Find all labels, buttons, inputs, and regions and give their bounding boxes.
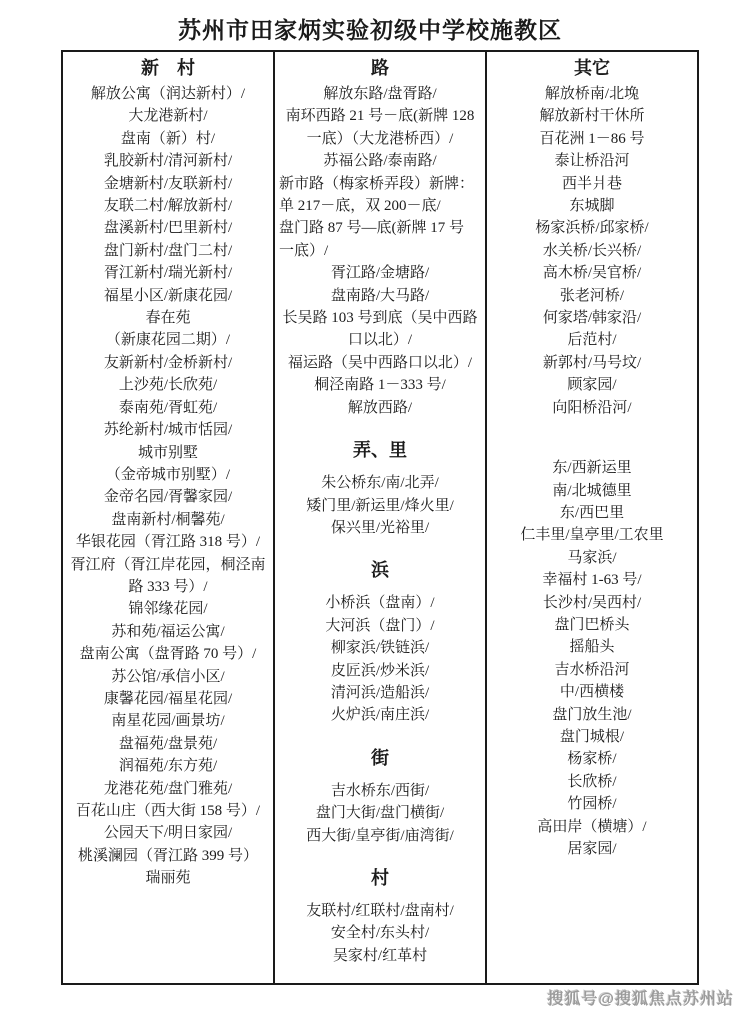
district-entry: 解放新村干休所: [491, 105, 693, 127]
district-entry: 火炉浜/南庄浜/: [279, 704, 481, 726]
district-entry: 苏公馆/承信小区/: [67, 666, 269, 688]
district-entry: 南/北城德里: [491, 480, 693, 502]
district-entry: 公园天下/明日家园/: [67, 822, 269, 844]
district-entry: 长欣桥/: [491, 771, 693, 793]
district-entry: 盘福苑/盘景苑/: [67, 733, 269, 755]
district-entry: 友新新村/金桥新村/: [67, 352, 269, 374]
column-header: 新 村: [67, 55, 269, 82]
page-title: 苏州市田家炳实验初级中学校施教区: [0, 12, 740, 45]
district-entry: 安全村/东头村/: [279, 922, 481, 944]
district-entry: 矮门里/新运里/烽火里/: [279, 495, 481, 517]
district-entry: 柳家浜/铁链浜/: [279, 637, 481, 659]
district-entry: 后范村/: [491, 329, 693, 351]
district-entry: 润福苑/东方苑/: [67, 755, 269, 777]
district-entry: 百花洲 1－86 号: [491, 128, 693, 150]
district-entry: 何家塔/韩家沿/: [491, 307, 693, 329]
district-entry: 金帝名园/胥馨家园/: [67, 486, 269, 508]
section-heading: 街: [279, 746, 481, 770]
section-gap: [491, 419, 693, 457]
table-column-1: 新 村解放公寓（润达新村）/大龙港新村/盘南（新）村/乳胶新村/清河新村/金塘新…: [63, 52, 275, 983]
district-entry: 高田岸（横塘）/: [491, 816, 693, 838]
district-entry: 摇船头: [491, 636, 693, 658]
section-heading: 村: [279, 866, 481, 890]
district-entry: 胥江新村/瑞光新村/: [67, 262, 269, 284]
district-entry: 马家浜/: [491, 547, 693, 569]
district-entry: 吉水桥东/西街/: [279, 780, 481, 802]
district-entry: 胥江路/金塘路/: [279, 262, 481, 284]
district-entry: 华银花园（胥江路 318 号）/: [67, 531, 269, 553]
district-entry: 竹园桥/: [491, 793, 693, 815]
district-entry: 福星小区/新康花园/: [67, 285, 269, 307]
district-entry: 小桥浜（盘南）/: [279, 592, 481, 614]
district-entry: 锦邻缘花园/: [67, 598, 269, 620]
district-entry: 仁丰里/皇亭里/工农里: [491, 524, 693, 546]
district-entry: 大河浜（盘门）/: [279, 615, 481, 637]
column-header: 其它: [491, 55, 693, 82]
district-entry: 福运路（吴中西路口以北）/: [279, 352, 481, 374]
district-entry: 盘南路/大马路/: [279, 285, 481, 307]
district-entry: 桐泾南路 1－333 号/: [279, 374, 481, 396]
district-entry: 盘门大街/盘门横街/: [279, 802, 481, 824]
district-entry: 解放西路/: [279, 397, 481, 419]
district-entry: 龙港花苑/盘门雅苑/: [67, 778, 269, 800]
district-entry: 盘门放生池/: [491, 704, 693, 726]
district-entry: 吴家村/红革村: [279, 945, 481, 967]
district-entry: 皮匠浜/炒米浜/: [279, 660, 481, 682]
district-entry: 西半爿巷: [491, 173, 693, 195]
district-entry: 友联村/红联村/盘南村/: [279, 900, 481, 922]
district-entry: 上沙苑/长欣苑/: [67, 374, 269, 396]
district-entry: 乳胶新村/清河新村/: [67, 150, 269, 172]
table-column-3: 其它解放桥南/北堍解放新村干休所百花洲 1－86 号泰让桥沿河西半爿巷东城脚杨家…: [487, 52, 697, 983]
district-entry: 东/西巴里: [491, 502, 693, 524]
column-header: 路: [279, 55, 481, 82]
section-heading: 浜: [279, 558, 481, 582]
district-table: 新 村解放公寓（润达新村）/大龙港新村/盘南（新）村/乳胶新村/清河新村/金塘新…: [61, 50, 699, 985]
district-entry: 南星花园/画景坊/: [67, 710, 269, 732]
district-entry: 苏福公路/泰南路/: [279, 150, 481, 172]
district-entry: 大龙港新村/: [67, 105, 269, 127]
district-entry: 盘门城根/: [491, 726, 693, 748]
district-entry: 康馨花园/福星花园/: [67, 688, 269, 710]
section-heading: 弄、里: [279, 438, 481, 462]
district-entry: 吉水桥沿河: [491, 659, 693, 681]
district-entry: 城市别墅 （金帝城市别墅）/: [67, 442, 269, 487]
district-entry: 西大街/皇亭街/庙湾街/: [279, 825, 481, 847]
district-entry: 盘南（新）村/: [67, 128, 269, 150]
district-entry: 苏纶新村/城市恬园/: [67, 419, 269, 441]
district-entry: 瑞丽苑: [67, 867, 269, 889]
district-entry: 南环西路 21 号－底(新牌 128 一底）（大龙港桥西）/: [279, 105, 481, 150]
district-entry: 保兴里/光裕里/: [279, 517, 481, 539]
district-entry: 盘南公寓（盘胥路 70 号）/: [67, 643, 269, 665]
district-entry: 盘门巴桥头: [491, 614, 693, 636]
district-entry: 苏和苑/福运公寓/: [67, 621, 269, 643]
district-entry: 中/西横楼: [491, 681, 693, 703]
district-entry: 向阳桥沿河/: [491, 397, 693, 419]
district-entry: 解放东路/盘胥路/: [279, 83, 481, 105]
district-entry: 高木桥/吴官桥/: [491, 262, 693, 284]
district-entry: 泰让桥沿河: [491, 150, 693, 172]
district-entry: 盘门新村/盘门二村/: [67, 240, 269, 262]
district-entry: 新郭村/马号坟/: [491, 352, 693, 374]
district-entry: 解放桥南/北堍: [491, 83, 693, 105]
district-entry: 桃溪澜园（胥江路 399 号）: [67, 845, 269, 867]
district-entry: 清河浜/造船浜/: [279, 682, 481, 704]
district-entry: 盘南新村/桐馨苑/: [67, 509, 269, 531]
district-entry: 杨家浜桥/邱家桥/: [491, 217, 693, 239]
district-entry: 友联二村/解放新村/: [67, 195, 269, 217]
district-entry: 东/西新运里: [491, 457, 693, 479]
district-entry: 幸福村 1-63 号/: [491, 569, 693, 591]
district-entry: 盘溪新村/巴里新村/: [67, 217, 269, 239]
district-entry: 顾家园/: [491, 374, 693, 396]
district-entry: 杨家桥/: [491, 748, 693, 770]
district-entry: 长沙村/吴西村/: [491, 592, 693, 614]
district-entry: 东城脚: [491, 195, 693, 217]
watermark: 搜狐号@搜狐焦点苏州站: [547, 986, 734, 1009]
district-entry: 金塘新村/友联新村/: [67, 173, 269, 195]
district-entry: 盘门路 87 号—底(新牌 17 号 一底）/: [279, 217, 481, 262]
district-entry: 居家园/: [491, 838, 693, 860]
table-column-2: 路解放东路/盘胥路/南环西路 21 号－底(新牌 128 一底）（大龙港桥西）/…: [275, 52, 487, 983]
district-entry: 水关桥/长兴桥/: [491, 240, 693, 262]
district-entry: 百花山庄（西大街 158 号）/: [67, 800, 269, 822]
district-entry: 长吴路 103 号到底（吴中西路 口以北）/: [279, 307, 481, 352]
district-entry: 朱公桥东/南/北弄/: [279, 472, 481, 494]
district-entry: 春在苑 （新康花园二期）/: [67, 307, 269, 352]
district-entry: 解放公寓（润达新村）/: [67, 83, 269, 105]
district-entry: 胥江府（胥江岸花园，桐泾南 路 333 号）/: [67, 554, 269, 599]
district-entry: 泰南苑/胥虹苑/: [67, 397, 269, 419]
district-entry: 新市路（梅家桥弄段）新牌： 单 217－底，双 200－底/: [279, 173, 481, 218]
district-entry: 张老河桥/: [491, 285, 693, 307]
